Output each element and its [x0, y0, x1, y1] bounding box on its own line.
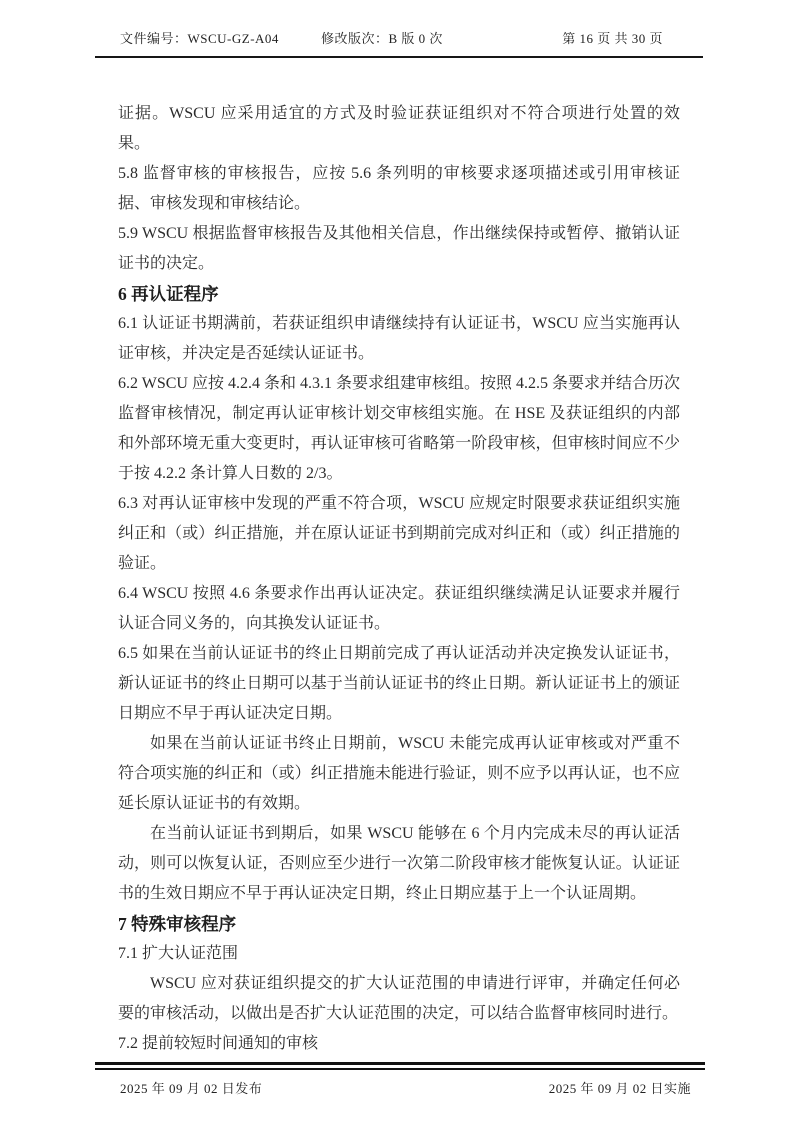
page-header: 文件编号：WSCU-GZ-A04 修改版次：B 版 0 次 第 16 页 共 3…	[95, 28, 703, 58]
paragraph: 证据。WSCU 应采用适宜的方式及时验证获证组织对不符合项进行处置的效果。	[118, 99, 680, 159]
document-page: 文件编号：WSCU-GZ-A04 修改版次：B 版 0 次 第 16 页 共 3…	[0, 0, 794, 1123]
section-heading: 6 再认证程序	[118, 279, 680, 309]
document-number: 文件编号：WSCU-GZ-A04	[120, 28, 279, 47]
revision-version: 修改版次：B 版 0 次	[321, 28, 443, 47]
paragraph: 5.9 WSCU 根据监督审核报告及其他相关信息，作出继续保持或暂停、撤销认证证…	[118, 219, 680, 279]
document-body: 证据。WSCU 应采用适宜的方式及时验证获证组织对不符合项进行处置的效果。5.8…	[118, 99, 680, 1059]
page-footer-row: 2025 年 09 月 02 日发布 2025 年 09 月 02 日实施	[95, 1078, 705, 1097]
paragraph: 在当前认证证书到期后，如果 WSCU 能够在 6 个月内完成未尽的再认证活动，则…	[118, 819, 680, 909]
paragraph: 6.5 如果在当前认证证书的终止日期前完成了再认证活动并决定换发认证证书，新认证…	[118, 639, 680, 729]
page-header-row: 文件编号：WSCU-GZ-A04 修改版次：B 版 0 次 第 16 页 共 3…	[95, 28, 703, 56]
page-footer: 2025 年 09 月 02 日发布 2025 年 09 月 02 日实施	[95, 1062, 705, 1097]
paragraph: 如果在当前认证证书终止日期前，WSCU 未能完成再认证审核或对严重不符合项实施的…	[118, 729, 680, 819]
paragraph: 6.4 WSCU 按照 4.6 条要求作出再认证决定。获证组织继续满足认证要求并…	[118, 579, 680, 639]
paragraph: 6.2 WSCU 应按 4.2.4 条和 4.3.1 条要求组建审核组。按照 4…	[118, 369, 680, 489]
page-number-info: 第 16 页 共 30 页	[562, 28, 663, 47]
paragraph: 7.1 扩大认证范围	[118, 939, 680, 969]
paragraph: 6.3 对再认证审核中发现的严重不符合项，WSCU 应规定时限要求获证组织实施纠…	[118, 489, 680, 579]
paragraph: 5.8 监督审核的审核报告，应按 5.6 条列明的审核要求逐项描述或引用审核证据…	[118, 159, 680, 219]
paragraph: 7.2 提前较短时间通知的审核	[118, 1029, 680, 1059]
footer-double-line	[95, 1062, 705, 1070]
paragraph: WSCU 应对获证组织提交的扩大认证范围的申请进行评审，并确定任何必要的审核活动…	[118, 969, 680, 1029]
implement-date: 2025 年 09 月 02 日实施	[549, 1078, 691, 1097]
header-divider-line	[95, 56, 703, 58]
release-date: 2025 年 09 月 02 日发布	[120, 1078, 262, 1097]
paragraph: 6.1 认证证书期满前，若获证组织申请继续持有认证证书，WSCU 应当实施再认证…	[118, 309, 680, 369]
section-heading: 7 特殊审核程序	[118, 909, 680, 939]
